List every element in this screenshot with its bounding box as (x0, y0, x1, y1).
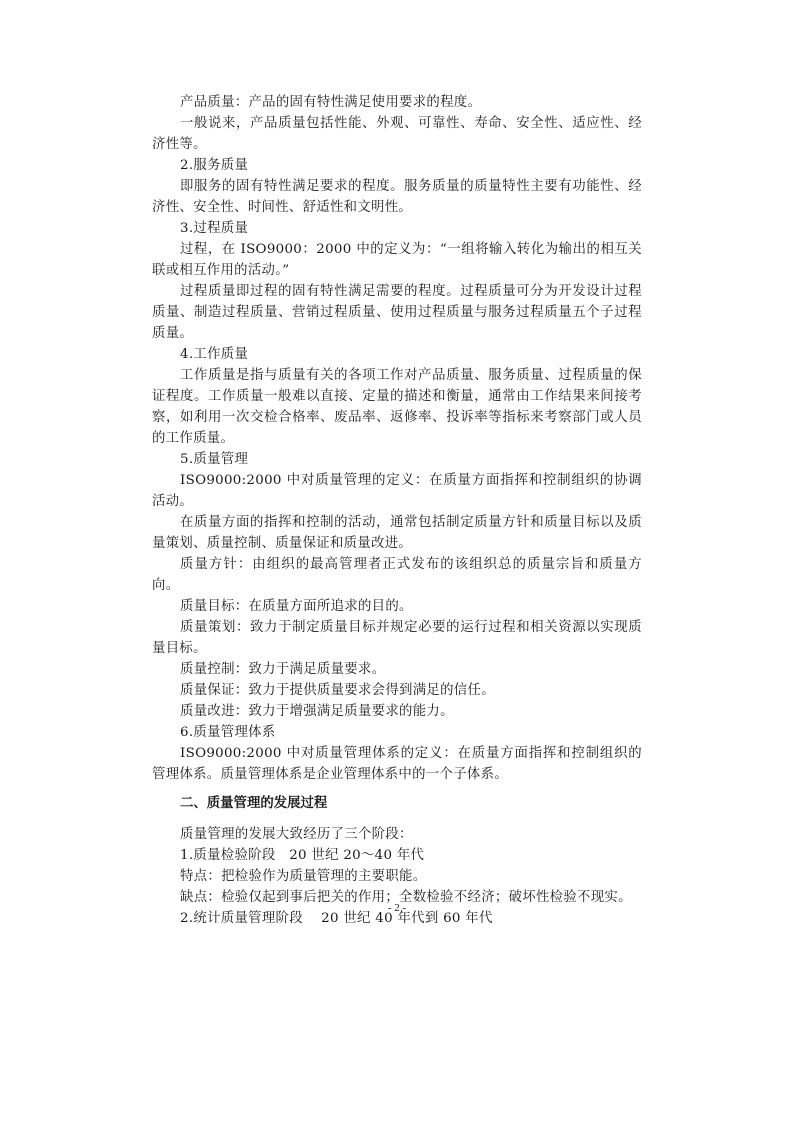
paragraph: 4.工作质量 (152, 344, 642, 365)
page-number: - 2 - (0, 902, 794, 914)
paragraph: 一般说来，产品质量包括性能、外观、可靠性、寿命、安全性、适应性、经济性等。 (152, 113, 642, 155)
paragraph: 质量改进：致力于增强满足质量要求的能力。 (152, 701, 642, 722)
paragraph: 质量策划：致力于制定质量目标并规定必要的运行过程和相关资源以实现质量目标。 (152, 617, 642, 659)
paragraph: 过程，在 ISO9000：2000 中的定义为：“一组将输入转化为输出的相互关联… (152, 239, 642, 281)
paragraph: 质量目标：在质量方面所追求的目的。 (152, 596, 642, 617)
section-quality-concepts: 产品质量：产品的固有特性满足使用要求的程度。一般说来，产品质量包括性能、外观、可… (152, 92, 642, 785)
paragraph: 在质量方面的指挥和控制的活动，通常包括制定质量方针和质量目标以及质量策划、质量控… (152, 512, 642, 554)
paragraph: 6.质量管理体系 (152, 722, 642, 743)
paragraph: 2.服务质量 (152, 155, 642, 176)
paragraph: 5.质量管理 (152, 449, 642, 470)
document-page: 产品质量：产品的固有特性满足使用要求的程度。一般说来，产品质量包括性能、外观、可… (152, 92, 642, 929)
paragraph: 1.质量检验阶段 20 世纪 20～40 年代 (152, 845, 642, 866)
paragraph: 特点：把检验作为质量管理的主要职能。 (152, 866, 642, 887)
paragraph: 工作质量是指与质量有关的各项工作对产品质量、服务质量、过程质量的保证程度。工作质… (152, 365, 642, 449)
paragraph: 即服务的固有特性满足要求的程度。服务质量的质量特性主要有功能性、经济性、安全性、… (152, 176, 642, 218)
paragraph: 质量管理的发展大致经历了三个阶段： (152, 824, 642, 845)
paragraph: 质量控制：致力于满足质量要求。 (152, 659, 642, 680)
paragraph: ISO9000:2000 中对质量管理体系的定义：在质量方面指挥和控制组织的管理… (152, 743, 642, 785)
paragraph: 过程质量即过程的固有特性满足需要的程度。过程质量可分为开发设计过程质量、制造过程… (152, 281, 642, 344)
paragraph: 质量保证：致力于提供质量要求会得到满足的信任。 (152, 680, 642, 701)
paragraph: 质量方针：由组织的最高管理者正式发布的该组织总的质量宗旨和质量方向。 (152, 554, 642, 596)
paragraph: ISO9000:2000 中对质量管理的定义：在质量方面指挥和控制组织的协调活动… (152, 470, 642, 512)
paragraph: 产品质量：产品的固有特性满足使用要求的程度。 (152, 92, 642, 113)
paragraph: 3.过程质量 (152, 218, 642, 239)
section-heading: 二、质量管理的发展过程 (152, 793, 642, 814)
